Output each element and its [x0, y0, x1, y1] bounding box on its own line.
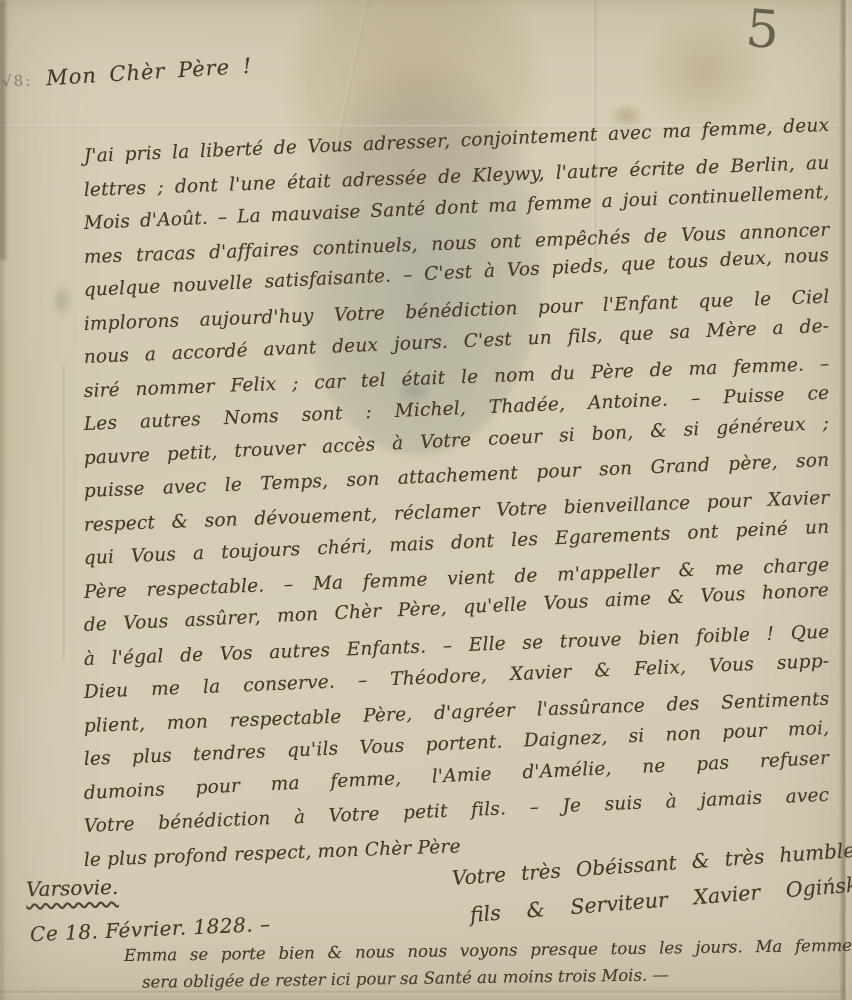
page-number-pencil: 5 [743, 0, 781, 61]
paper-edge-left [0, 0, 8, 260]
fold-crease-diagonal [336, 0, 371, 142]
postscript-line-2: sera obligée de rester ici pour sa Santé… [142, 965, 669, 991]
date-line: Ce 18. Février. 1828. – [30, 912, 271, 946]
paper-edge-left [0, 260, 5, 1000]
fold-crease-vertical [63, 365, 67, 660]
salutation: Mon Chèr Père ! [45, 54, 252, 91]
place-line: Varsovie. [26, 875, 119, 901]
postscript-line-1: Emma se porte bien & nous nous voyons pr… [124, 936, 852, 965]
archive-pencil-mark: √8: [2, 71, 33, 91]
fold-crease-horizontal [0, 991, 852, 995]
stain-speckle [52, 284, 72, 318]
manuscript-letter-page: √8: 5 Mon Chèr Père ! J'ai pris la liber… [0, 0, 852, 1000]
letter-body: J'ai pris la liberté de Vous adresser, c… [84, 140, 830, 877]
